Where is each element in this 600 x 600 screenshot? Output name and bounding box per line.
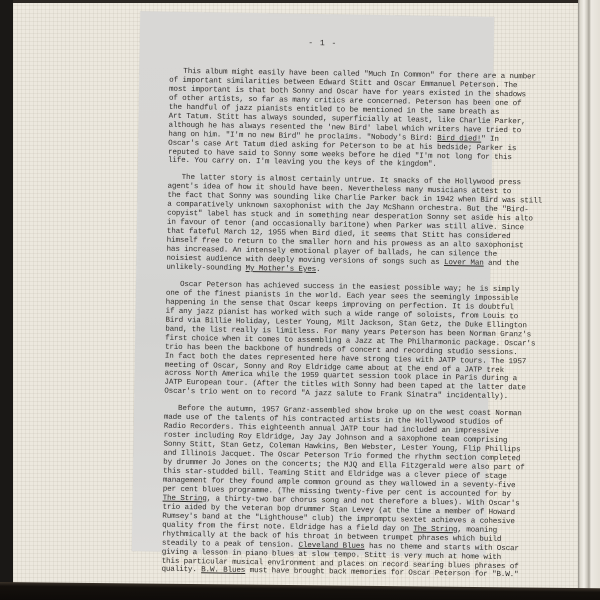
paragraph: This album might easily have been called…: [168, 68, 476, 171]
paragraph: Before the autumn, 1957 Granz-assembled …: [161, 405, 470, 580]
text-run: , moaning: [457, 526, 497, 535]
underlined-title: The String: [413, 525, 457, 534]
text-run: and the: [484, 260, 519, 269]
underlined-title: Cleveland Blues: [298, 541, 364, 550]
text-run: unlikely-sounding: [166, 264, 245, 273]
top-frame-edge: [13, 0, 583, 3]
underlined-title: Lover Man: [444, 259, 484, 268]
underlined-title: My Mother's Eyes: [245, 265, 316, 274]
underlined-title: Bird died!: [437, 135, 481, 144]
gatefold-spine: [578, 0, 600, 590]
paragraphs-container: This album might easily have been called…: [161, 68, 475, 580]
liner-notes-sheet: - 1 - This album might easily have been …: [132, 11, 494, 556]
underlined-title: The String: [163, 495, 207, 504]
page-number: - 1 -: [170, 38, 476, 52]
text-run: quality.: [161, 566, 201, 575]
underlined-title: B.W. Blues: [201, 567, 245, 576]
text-run: " In: [481, 135, 499, 143]
liner-notes-body: - 1 - This album might easily have been …: [161, 38, 476, 588]
left-frame-edge: [0, 0, 13, 600]
text-run: .: [316, 266, 321, 274]
paragraph: The latter story is almost certainly unt…: [166, 174, 474, 277]
paragraph: Oscar Peterson has achieved success in t…: [164, 281, 472, 402]
